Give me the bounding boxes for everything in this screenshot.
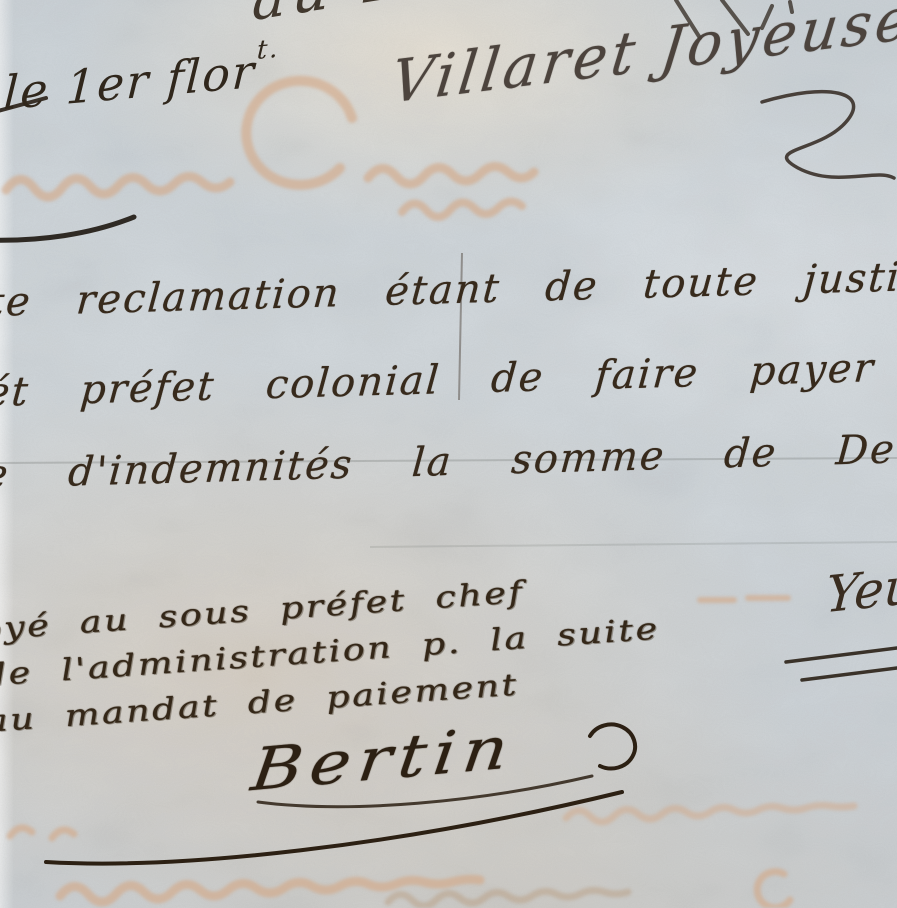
right-margin-fragment: Yeu (824, 556, 897, 624)
yeu-double-underline (786, 648, 897, 680)
underline-flourish-left (0, 217, 134, 240)
signature-secondary-underline (46, 792, 622, 864)
signature-secondary-paraph (590, 724, 635, 768)
date-superscript: t. (256, 34, 280, 66)
manuscript-photo: au 10 g le 1er flort. Villaret Joyeuse t… (0, 0, 897, 908)
signature-primary-paraph (762, 92, 894, 178)
